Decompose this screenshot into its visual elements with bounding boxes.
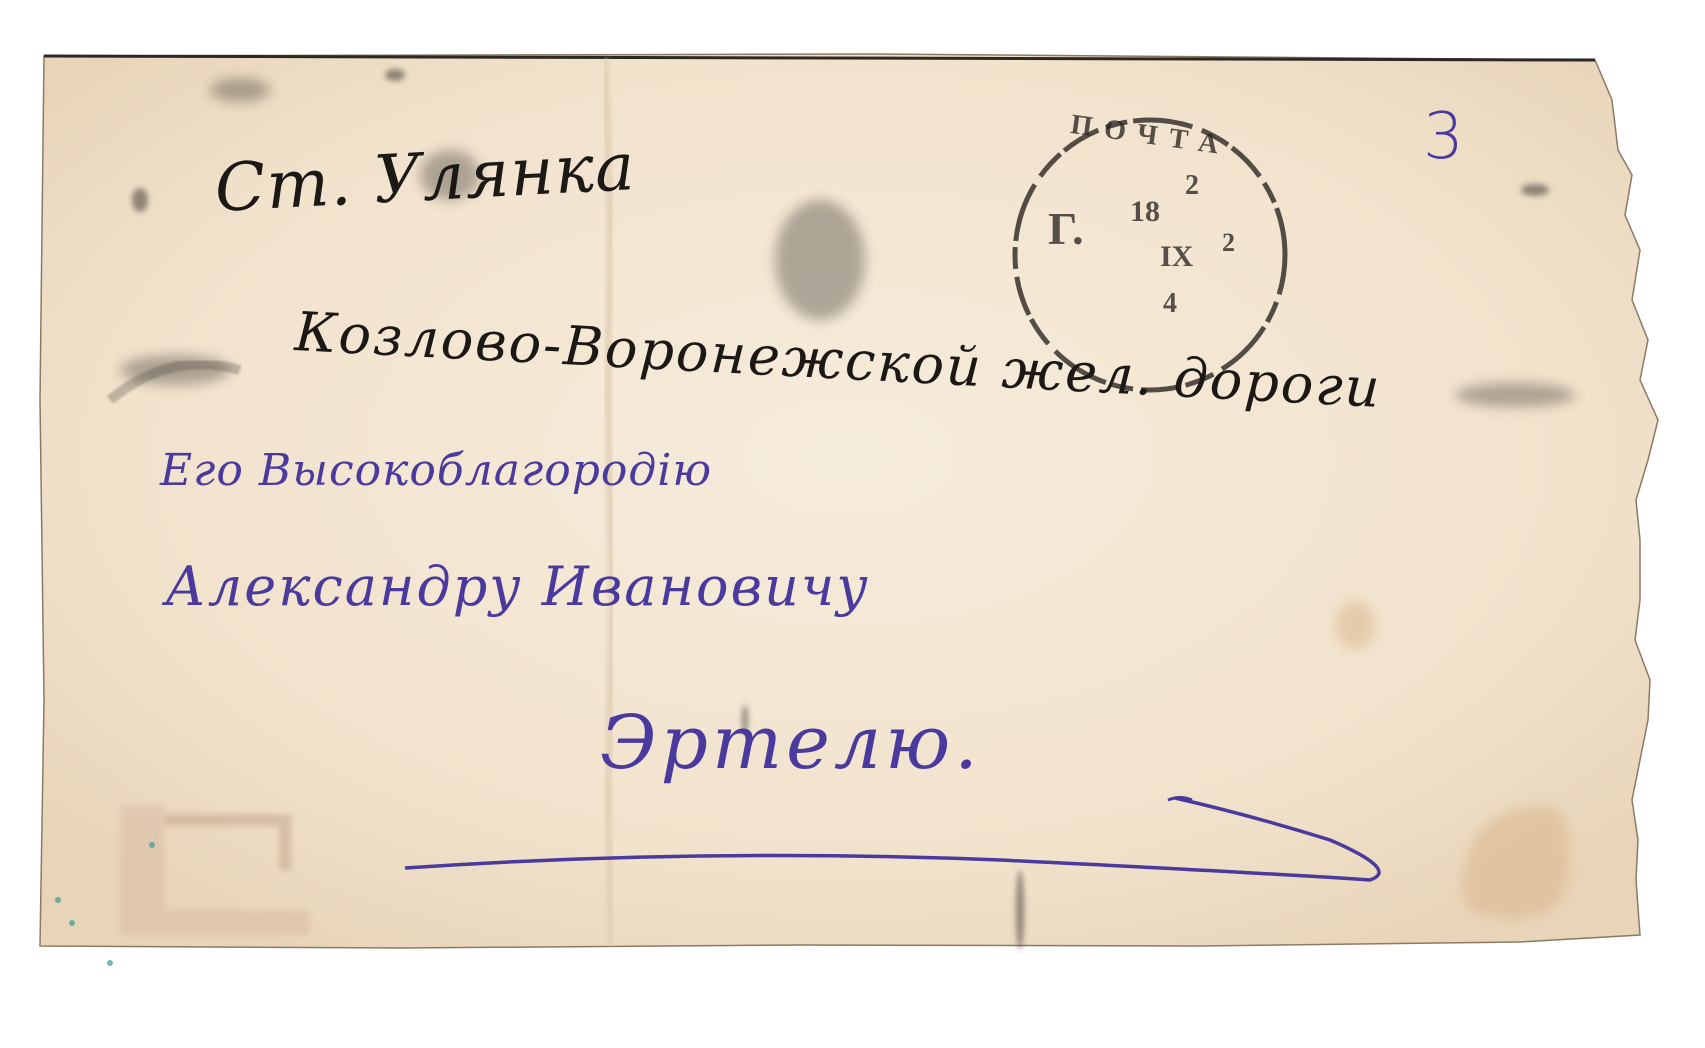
postmark-letter: Г. [1048, 202, 1084, 255]
postmark-time: 2 [1185, 170, 1199, 202]
postmark-year: 4 [1163, 288, 1177, 320]
addressee-surname: Эртелю. [600, 700, 982, 786]
address-honorific: Его Высокоблагородію [160, 445, 712, 496]
envelope-image: ПОЧТА Г. 18 2 2 IX 4 Ст. Улянка Козлово-… [0, 0, 1705, 1048]
postmark-day: 18 [1130, 195, 1160, 229]
postmark-month: IX [1160, 240, 1193, 274]
sheet-number: 3 [1423, 100, 1465, 174]
addressee-name: Александру Ивановичу [165, 555, 870, 618]
postmark-number: 2 [1222, 228, 1235, 258]
